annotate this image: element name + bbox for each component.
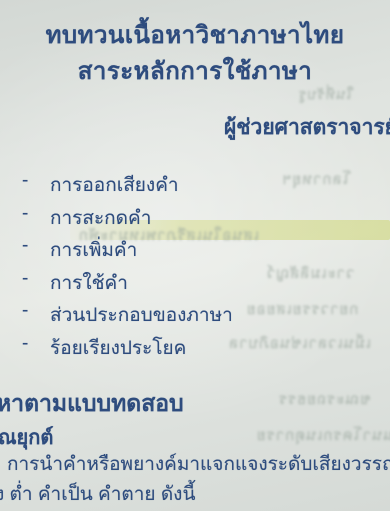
dash-bullet: - [22, 203, 50, 225]
list-item: -การสะกดคำ [22, 203, 233, 236]
list-item: -ร้อยเรียงประโยค [22, 333, 233, 366]
list-item-label: การเพิ่มคำ [50, 235, 137, 265]
bleedthrough-text: โลกาหยุฯ [282, 167, 351, 191]
list-item-label: ส่วนประกอบของภาษา [50, 300, 233, 330]
dash-bullet: - [22, 268, 50, 290]
dash-bullet: - [22, 235, 50, 257]
bleedthrough-text: เม็นเวลาเช่นอภิบาล [228, 331, 371, 355]
list-item: -การใช้คำ [22, 268, 233, 301]
list-item: -ส่วนประกอบของภาษา [22, 300, 233, 333]
topic-list: -การออกเสียงคำ-การสะกดคำ-การเพิ่มคำ-การใ… [22, 170, 233, 366]
list-item-label: การออกเสียงคำ [50, 170, 179, 200]
bleedthrough-text: ในนาโครกเนตุการย [256, 423, 390, 447]
bleedthrough-text: ขณะรถยธรร [278, 387, 370, 411]
bleedthrough-text: กยาวรรยเสยอย [246, 297, 359, 321]
dash-bullet: - [22, 300, 50, 322]
body-text-line2: ง ต่ำ คำเป็น คำตาย ดังนี้ [0, 479, 195, 509]
body-text-line1: การนำคำหรือพยางค์มาแจกแจงระดับเสียงวรรณย… [7, 449, 390, 479]
bleedthrough-text: วาะเมลิสัญว์ [266, 261, 354, 285]
list-item-label: การใช้คำ [50, 268, 128, 298]
list-item: -การออกเสียงคำ [22, 170, 233, 203]
list-item: -การเพิ่มคำ [22, 235, 233, 268]
author-byline: ผู้ช่วยศาสตราจารย์ [224, 111, 390, 144]
dash-bullet: - [22, 333, 50, 355]
list-item-label: ร้อยเรียงประโยค [50, 333, 186, 363]
document-title-line1: ทบทวนเนื้อหาวิชาภาษาไทย [0, 15, 390, 54]
document-title-line2: สาระหลักการใช้ภาษา [0, 51, 390, 90]
list-item-label: การสะกดคำ [50, 203, 151, 233]
scanned-document-page: ในที่รับรูโลกาหยุฯเสนอในเสรีภาพเหมาะพักว… [0, 0, 390, 511]
dash-bullet: - [22, 170, 50, 192]
section-heading-cut: หาตามแบบทดสอบ [0, 386, 184, 422]
